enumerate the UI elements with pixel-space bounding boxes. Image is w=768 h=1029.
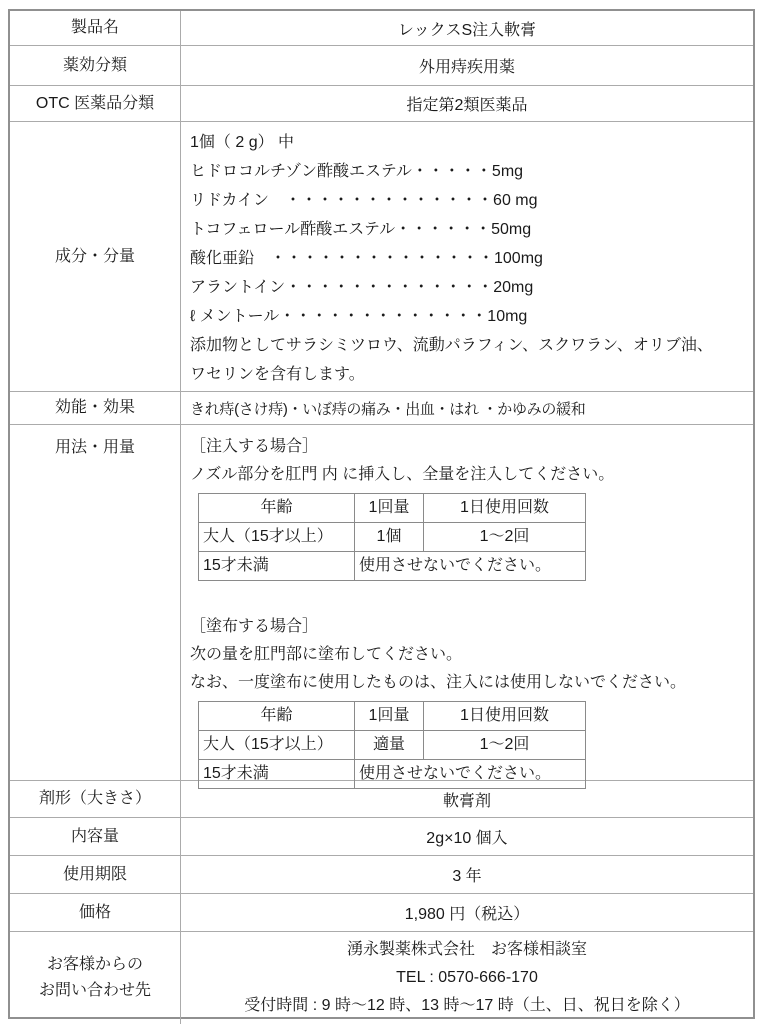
additives-line: 添加物としてサラシミツロウ、流動パラフィン、スクワラン、オリブ油、 (190, 331, 747, 360)
ingredient-line: ヒドロコルチゾン酢酸エステル・・・・・5mg (190, 157, 747, 186)
product-name-label: 製品名 (10, 11, 181, 45)
net-content-value: 2g×10 個入 (181, 818, 753, 855)
otc-class-value: 指定第2類医薬品 (181, 86, 753, 121)
apply-dosage-table: 年齢 1回量 1日使用回数 大人（15才以上） 適量 1～2回 15才未満 使用… (198, 701, 586, 789)
inject-heading: ［注入する場合］ (190, 433, 747, 461)
row-expiration: 使用期限 3 年 (10, 856, 753, 894)
apply-instruction-1: 次の量を肛門部に塗布してください。 (190, 641, 747, 669)
additives-line: ワセリンを含有します。 (190, 360, 747, 389)
dose-column-header: 1回量 (355, 702, 424, 731)
drug-category-label: 薬効分類 (10, 46, 181, 85)
ingredients-label: 成分・分量 (10, 122, 181, 391)
net-content-label: 内容量 (10, 818, 181, 855)
ingredients-intro: 1個（ 2 g） 中 (190, 128, 747, 157)
row-net-content: 内容量 2g×10 個入 (10, 818, 753, 856)
contact-label: お客様からの お問い合わせ先 (10, 932, 181, 1024)
adult-frequency-cell: 1～2回 (424, 731, 586, 760)
adult-frequency-cell: 1～2回 (424, 523, 586, 552)
inject-instruction: ノズル部分を肛門 内 に挿入し、全量を注入してください。 (190, 461, 747, 489)
age-column-header: 年齢 (199, 494, 355, 523)
ingredient-line: 酸化亜鉛 ・・・・・・・・・・・・・・100mg (190, 244, 747, 273)
contact-company: 湧永製薬株式会社 お客様相談室 (347, 936, 587, 964)
row-product-name: 製品名 レックスS注入軟膏 (10, 11, 753, 46)
apply-instruction-2: なお、一度塗布に使用したものは、注入には使用しないでください。 (190, 669, 747, 697)
drug-category-value: 外用痔疾用薬 (181, 46, 753, 85)
ingredients-content: 1個（ 2 g） 中 ヒドロコルチゾン酢酸エステル・・・・・5mg リドカイン … (181, 122, 753, 391)
row-usage: 用法・用量 ［注入する場合］ ノズル部分を肛門 内 に挿入し、全量を注入してくだ… (10, 425, 753, 781)
age-column-header: 年齢 (199, 702, 355, 731)
contact-label-line1: お客様からの (47, 952, 143, 978)
adult-dose-cell: 適量 (355, 731, 424, 760)
row-otc-class: OTC 医薬品分類 指定第2類医薬品 (10, 86, 753, 122)
adult-dose-cell: 1個 (355, 523, 424, 552)
ingredient-line: アラントイン・・・・・・・・・・・・・20mg (190, 273, 747, 302)
efficacy-label: 効能・効果 (10, 392, 181, 424)
efficacy-value: きれ痔(さけ痔)・いぼ痔の痛み・出血・はれ ・かゆみの緩和 (181, 392, 753, 424)
table-header-row: 年齢 1回量 1日使用回数 (199, 494, 586, 523)
contact-content: 湧永製薬株式会社 お客様相談室 TEL : 0570-666-170 受付時間 … (181, 932, 753, 1024)
row-ingredients: 成分・分量 1個（ 2 g） 中 ヒドロコルチゾン酢酸エステル・・・・・5mg … (10, 122, 753, 392)
frequency-column-header: 1日使用回数 (424, 494, 586, 523)
table-header-row: 年齢 1回量 1日使用回数 (199, 702, 586, 731)
adult-age-cell: 大人（15才以上） (199, 731, 355, 760)
expiration-label: 使用期限 (10, 856, 181, 893)
product-spec-table: 製品名 レックスS注入軟膏 薬効分類 外用痔疾用薬 OTC 医薬品分類 指定第2… (8, 9, 755, 1019)
otc-class-label: OTC 医薬品分類 (10, 86, 181, 121)
expiration-value: 3 年 (181, 856, 753, 893)
child-age-cell: 15才未満 (199, 552, 355, 581)
table-row-adult: 大人（15才以上） 適量 1～2回 (199, 731, 586, 760)
price-value: 1,980 円（税込） (181, 894, 753, 931)
price-label: 価格 (10, 894, 181, 931)
row-price: 価格 1,980 円（税込） (10, 894, 753, 932)
contact-phone: TEL : 0570-666-170 (396, 964, 538, 992)
dose-column-header: 1回量 (355, 494, 424, 523)
table-row-adult: 大人（15才以上） 1個 1～2回 (199, 523, 586, 552)
row-contact: お客様からの お問い合わせ先 湧永製薬株式会社 お客様相談室 TEL : 057… (10, 932, 753, 1024)
usage-label: 用法・用量 (10, 425, 181, 780)
ingredient-line: リドカイン ・・・・・・・・・・・・・60 mg (190, 186, 747, 215)
adult-age-cell: 大人（15才以上） (199, 523, 355, 552)
row-efficacy: 効能・効果 きれ痔(さけ痔)・いぼ痔の痛み・出血・はれ ・かゆみの緩和 (10, 392, 753, 425)
product-name-value: レックスS注入軟膏 (181, 11, 753, 45)
ingredient-line: トコフェロール酢酸エステル・・・・・・50mg (190, 215, 747, 244)
table-row-child: 15才未満 使用させないでください。 (199, 552, 586, 581)
contact-hours: 受付時間 : 9 時～12 時、13 時～17 時（土、日、祝日を除く） (244, 992, 689, 1020)
frequency-column-header: 1日使用回数 (424, 702, 586, 731)
ingredient-line: ℓ メントール・・・・・・・・・・・・・10mg (190, 302, 747, 331)
row-drug-category: 薬効分類 外用痔疾用薬 (10, 46, 753, 86)
dosage-form-value: 軟膏剤 (181, 781, 753, 817)
usage-content: ［注入する場合］ ノズル部分を肛門 内 に挿入し、全量を注入してください。 年齢… (181, 425, 753, 780)
child-note-cell: 使用させないでください。 (355, 552, 586, 581)
dosage-form-label: 剤形（大きさ） (10, 781, 181, 817)
inject-dosage-table: 年齢 1回量 1日使用回数 大人（15才以上） 1個 1～2回 15才未満 使用… (198, 493, 586, 581)
contact-label-line2: お問い合わせ先 (39, 978, 151, 1004)
apply-heading: ［塗布する場合］ (190, 613, 747, 641)
row-dosage-form: 剤形（大きさ） 軟膏剤 (10, 781, 753, 818)
